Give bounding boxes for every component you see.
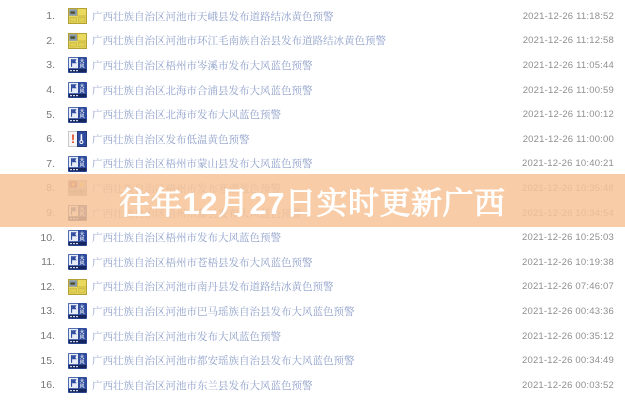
- warning-link[interactable]: 广西壮族自治区河池市环江毛南族自治县发布道路结冰黄色预警: [92, 33, 386, 48]
- svg-text:大: 大: [80, 107, 85, 114]
- warning-link[interactable]: 广西壮族自治区梧州市发布寒潮蓝色预警: [92, 181, 281, 196]
- list-item: 1. 广西壮族自治区河池市天峨县发布道路结冰黄色预警 2021-12-26 11…: [0, 4, 625, 29]
- warning-link[interactable]: 广西壮族自治区河池市都安瑶族自治县发布大风蓝色预警: [92, 353, 355, 368]
- timestamp: 2021-12-26 11:18:52: [523, 11, 625, 22]
- list-item: 9. 大风 广西壮族自治区梧州市藤县发布大风蓝色预警 2021-12-26 10…: [0, 201, 625, 226]
- gale-blue-warning-icon: 大风: [68, 303, 87, 319]
- list-item: 12. 广西壮族自治区河池市南丹县发布道路结冰黄色预警 2021-12-26 0…: [0, 275, 625, 300]
- warning-link[interactable]: 广西壮族自治区梧州市藤县发布大风蓝色预警: [92, 206, 302, 221]
- svg-text:风: 风: [80, 112, 85, 119]
- list-item: 4. 大风 广西壮族自治区北海市合浦县发布大风蓝色预警 2021-12-26 1…: [0, 78, 625, 103]
- road-ice-warning-icon: [68, 33, 87, 49]
- timestamp: 2021-12-26 00:03:52: [522, 380, 625, 391]
- row-number: 12.: [0, 281, 55, 293]
- list-item: 13. 大风 广西壮族自治区河池市巴马瑶族自治县发布大风蓝色预警 2021-12…: [0, 299, 625, 324]
- svg-text:风: 风: [80, 63, 85, 70]
- warning-list: 1. 广西壮族自治区河池市天峨县发布道路结冰黄色预警 2021-12-26 11…: [0, 0, 625, 398]
- warning-link[interactable]: 广西壮族自治区北海市合浦县发布大风蓝色预警: [92, 83, 313, 98]
- timestamp: 2021-12-26 07:46:07: [522, 281, 625, 292]
- svg-text:!: !: [71, 132, 75, 146]
- warning-link[interactable]: 广西壮族自治区梧州市发布大风蓝色预警: [92, 230, 281, 245]
- svg-text:风: 风: [80, 309, 85, 316]
- timestamp: 2021-12-26 11:00:00: [523, 134, 625, 145]
- svg-text:风: 风: [80, 211, 85, 218]
- warning-link[interactable]: 广西壮族自治区北海市发布大风蓝色预警: [92, 107, 281, 122]
- timestamp: 2021-12-26 00:34:49: [522, 355, 625, 366]
- gale-blue-warning-icon: 大风: [68, 353, 87, 369]
- svg-text:大: 大: [80, 83, 85, 90]
- list-item: 2. 广西壮族自治区河池市环江毛南族自治县发布道路结冰黄色预警 2021-12-…: [0, 29, 625, 54]
- svg-text:大: 大: [80, 58, 85, 65]
- gale-blue-warning-icon: 大风: [68, 156, 87, 172]
- warning-link[interactable]: 广西壮族自治区梧州市岑溪市发布大风蓝色预警: [92, 58, 313, 73]
- low-temp-warning-icon: !: [68, 131, 87, 147]
- svg-text:风: 风: [80, 235, 85, 242]
- gale-blue-warning-icon: 大风: [68, 230, 87, 246]
- timestamp: 2021-12-26 10:40:21: [522, 158, 625, 169]
- gale-blue-warning-icon: 大风: [68, 82, 87, 98]
- timestamp: 2021-12-26 00:43:36: [522, 306, 625, 317]
- svg-text:大: 大: [80, 329, 85, 336]
- warning-link[interactable]: 广西壮族自治区河池市巴马瑶族自治县发布大风蓝色预警: [92, 304, 355, 319]
- row-number: 9.: [0, 207, 55, 219]
- svg-text:风: 风: [80, 358, 85, 365]
- svg-text:风: 风: [80, 334, 85, 341]
- timestamp: 2021-12-26 11:00:59: [523, 85, 625, 96]
- cold-wave-warning-icon: [68, 180, 87, 196]
- warning-link[interactable]: 广西壮族自治区河池市南丹县发布道路结冰黄色预警: [92, 279, 334, 294]
- road-ice-warning-icon: [68, 279, 87, 295]
- warning-link[interactable]: 广西壮族自治区河池市发布大风蓝色预警: [92, 329, 281, 344]
- row-number: 8.: [0, 182, 55, 194]
- gale-blue-warning-icon: 大风: [68, 205, 87, 221]
- list-item: 10. 大风 广西壮族自治区梧州市发布大风蓝色预警 2021-12-26 10:…: [0, 225, 625, 250]
- row-number: 3.: [0, 59, 55, 71]
- timestamp: 2021-12-26 11:00:12: [523, 109, 625, 120]
- warning-link[interactable]: 广西壮族自治区梧州市苍梧县发布大风蓝色预警: [92, 255, 313, 270]
- row-number: 13.: [0, 305, 55, 317]
- list-item: 16. 大风 广西壮族自治区河池市东兰县发布大风蓝色预警 2021-12-26 …: [0, 373, 625, 398]
- svg-text:大: 大: [80, 157, 85, 164]
- warning-link[interactable]: 广西壮族自治区河池市天峨县发布道路结冰黄色预警: [92, 9, 334, 24]
- svg-text:大: 大: [80, 206, 85, 213]
- list-item: 7. 大风 广西壮族自治区梧州市蒙山县发布大风蓝色预警 2021-12-26 1…: [0, 152, 625, 177]
- warning-link[interactable]: 广西壮族自治区河池市东兰县发布大风蓝色预警: [92, 378, 313, 393]
- row-number: 16.: [0, 379, 55, 391]
- gale-blue-warning-icon: 大风: [68, 57, 87, 73]
- list-item: 5. 大风 广西壮族自治区北海市发布大风蓝色预警 2021-12-26 11:0…: [0, 102, 625, 127]
- timestamp: 2021-12-26 10:34:54: [522, 208, 625, 219]
- timestamp: 2021-12-26 00:35:12: [522, 331, 625, 342]
- svg-text:风: 风: [80, 383, 85, 390]
- gale-blue-warning-icon: 大风: [68, 254, 87, 270]
- svg-text:风: 风: [80, 162, 85, 169]
- row-number: 7.: [0, 158, 55, 170]
- timestamp: 2021-12-26 10:25:03: [522, 232, 625, 243]
- row-number: 6.: [0, 133, 55, 145]
- row-number: 11.: [0, 256, 55, 268]
- row-number: 14.: [0, 330, 55, 342]
- warning-link[interactable]: 广西壮族自治区发布低温黄色预警: [92, 132, 250, 147]
- svg-text:风: 风: [80, 260, 85, 267]
- svg-text:风: 风: [80, 88, 85, 95]
- row-number: 4.: [0, 84, 55, 96]
- list-item: 8. 广西壮族自治区梧州市发布寒潮蓝色预警 2021-12-26 10:35:4…: [0, 176, 625, 201]
- list-item: 14. 大风 广西壮族自治区河池市发布大风蓝色预警 2021-12-26 00:…: [0, 324, 625, 349]
- list-item: 15. 大风 广西壮族自治区河池市都安瑶族自治县发布大风蓝色预警 2021-12…: [0, 348, 625, 373]
- warning-link[interactable]: 广西壮族自治区梧州市蒙山县发布大风蓝色预警: [92, 156, 313, 171]
- timestamp: 2021-12-26 10:19:38: [522, 257, 625, 268]
- gale-blue-warning-icon: 大风: [68, 328, 87, 344]
- timestamp: 2021-12-26 10:35:48: [522, 183, 625, 194]
- svg-text:大: 大: [80, 353, 85, 360]
- svg-text:大: 大: [80, 304, 85, 311]
- timestamp: 2021-12-26 11:05:44: [523, 60, 625, 71]
- row-number: 10.: [0, 232, 55, 244]
- svg-text:大: 大: [80, 378, 85, 385]
- road-ice-warning-icon: [68, 8, 87, 24]
- row-number: 2.: [0, 35, 55, 47]
- row-number: 15.: [0, 355, 55, 367]
- gale-blue-warning-icon: 大风: [68, 107, 87, 123]
- list-item: 3. 大风 广西壮族自治区梧州市岑溪市发布大风蓝色预警 2021-12-26 1…: [0, 53, 625, 78]
- gale-blue-warning-icon: 大风: [68, 377, 87, 393]
- timestamp: 2021-12-26 11:12:58: [523, 35, 625, 46]
- list-item: 11. 大风 广西壮族自治区梧州市苍梧县发布大风蓝色预警 2021-12-26 …: [0, 250, 625, 275]
- row-number: 5.: [0, 109, 55, 121]
- row-number: 1.: [0, 10, 55, 22]
- list-item: 6. ! 广西壮族自治区发布低温黄色预警 2021-12-26 11:00:00: [0, 127, 625, 152]
- svg-text:大: 大: [80, 255, 85, 262]
- svg-text:大: 大: [80, 230, 85, 237]
